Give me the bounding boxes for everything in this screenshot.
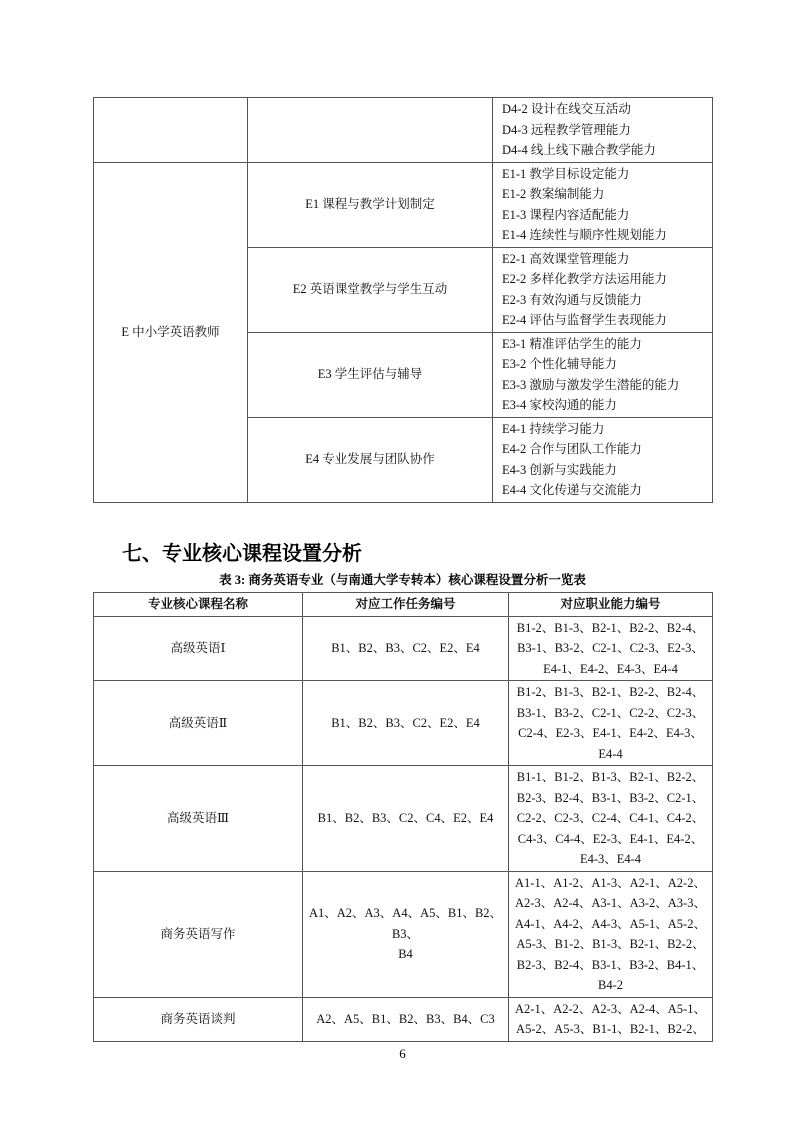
table-row: 高级英语Ⅲ B1、B2、B3、C2、C4、E2、E4 B1-1、B1-2、B1-… (94, 766, 713, 872)
course-name-cell: 高级英语Ⅰ (94, 616, 303, 681)
task-codes-cell: B1、B2、B3、C2、E2、E4 (303, 681, 509, 766)
task-cell: E4 专业发展与团队协作 (248, 417, 493, 502)
header-ability-codes: 对应职业能力编号 (509, 593, 713, 617)
ability-list-cell: E4-1 持续学习能力 E4-2 合作与团队工作能力 E4-3 创新与实践能力 … (493, 417, 713, 502)
ability-list-cell: E3-1 精准评估学生的能力 E3-2 个性化辅导能力 E3-3 激励与激发学生… (493, 332, 713, 417)
task-cell: E3 学生评估与辅导 (248, 332, 493, 417)
task-codes-cell: B1、B2、B3、C2、C4、E2、E4 (303, 766, 509, 872)
task-codes-cell: B1、B2、B3、C2、E2、E4 (303, 616, 509, 681)
document-page: D4-2 设计在线交互活动 D4-3 远程教学管理能力 D4-4 线上线下融合教… (0, 0, 800, 1131)
ability-codes-cell: B1-2、B1-3、B2-1、B2-2、B2-4、 B3-1、B3-2、C2-1… (509, 616, 713, 681)
task-cell: E1 课程与教学计划制定 (248, 162, 493, 247)
course-name-cell: 高级英语Ⅱ (94, 681, 303, 766)
ability-codes-cell: B1-2、B1-3、B2-1、B2-2、B2-4、 B3-1、B3-2、C2-1… (509, 681, 713, 766)
ability-codes-cell: A1-1、A1-2、A1-3、A2-1、A2-2、 A2-3、A2-4、A3-1… (509, 871, 713, 997)
table-header-row: 专业核心课程名称 对应工作任务编号 对应职业能力编号 (94, 593, 713, 617)
header-course-name: 专业核心课程名称 (94, 593, 303, 617)
table-row: 商务英语谈判 A2、A5、B1、B2、B3、B4、C3 A2-1、A2-2、A2… (94, 997, 713, 1041)
task-cell: E2 英语课堂教学与学生互动 (248, 247, 493, 332)
course-name-cell: 商务英语谈判 (94, 997, 303, 1041)
job-group-cell (94, 98, 248, 163)
page-number: 6 (93, 1046, 712, 1062)
task-cell (248, 98, 493, 163)
job-competency-table: D4-2 设计在线交互活动 D4-3 远程教学管理能力 D4-4 线上线下融合教… (93, 97, 713, 503)
table-row: 商务英语写作 A1、A2、A3、A4、A5、B1、B2、B3、 B4 A1-1、… (94, 871, 713, 997)
table-row: 高级英语Ⅱ B1、B2、B3、C2、E2、E4 B1-2、B1-3、B2-1、B… (94, 681, 713, 766)
ability-codes-cell: A2-1、A2-2、A2-3、A2-4、A5-1、 A5-2、A5-3、B1-1… (509, 997, 713, 1041)
ability-list-cell: D4-2 设计在线交互活动 D4-3 远程教学管理能力 D4-4 线上线下融合教… (493, 98, 713, 163)
course-name-cell: 商务英语写作 (94, 871, 303, 997)
course-name-cell: 高级英语Ⅲ (94, 766, 303, 872)
table-row: E 中小学英语教师 E1 课程与教学计划制定 E1-1 教学目标设定能力 E1-… (94, 162, 713, 247)
ability-list-cell: E1-1 教学目标设定能力 E1-2 教案编制能力 E1-3 课程内容适配能力 … (493, 162, 713, 247)
ability-list-cell: E2-1 高效课堂管理能力 E2-2 多样化教学方法运用能力 E2-3 有效沟通… (493, 247, 713, 332)
section-heading: 七、专业核心课程设置分析 (122, 541, 722, 567)
task-codes-cell: A1、A2、A3、A4、A5、B1、B2、B3、 B4 (303, 871, 509, 997)
ability-codes-cell: B1-1、B1-2、B1-3、B2-1、B2-2、 B2-3、B2-4、B3-1… (509, 766, 713, 872)
task-codes-cell: A2、A5、B1、B2、B3、B4、C3 (303, 997, 509, 1041)
header-task-codes: 对应工作任务编号 (303, 593, 509, 617)
table-caption: 表 3: 商务英语专业（与南通大学专转本）核心课程设置分析一览表 (93, 571, 712, 589)
job-group-cell: E 中小学英语教师 (94, 162, 248, 502)
table-row: D4-2 设计在线交互活动 D4-3 远程教学管理能力 D4-4 线上线下融合教… (94, 98, 713, 163)
core-course-table: 专业核心课程名称 对应工作任务编号 对应职业能力编号 高级英语Ⅰ B1、B2、B… (93, 592, 713, 1042)
table-row: 高级英语Ⅰ B1、B2、B3、C2、E2、E4 B1-2、B1-3、B2-1、B… (94, 616, 713, 681)
